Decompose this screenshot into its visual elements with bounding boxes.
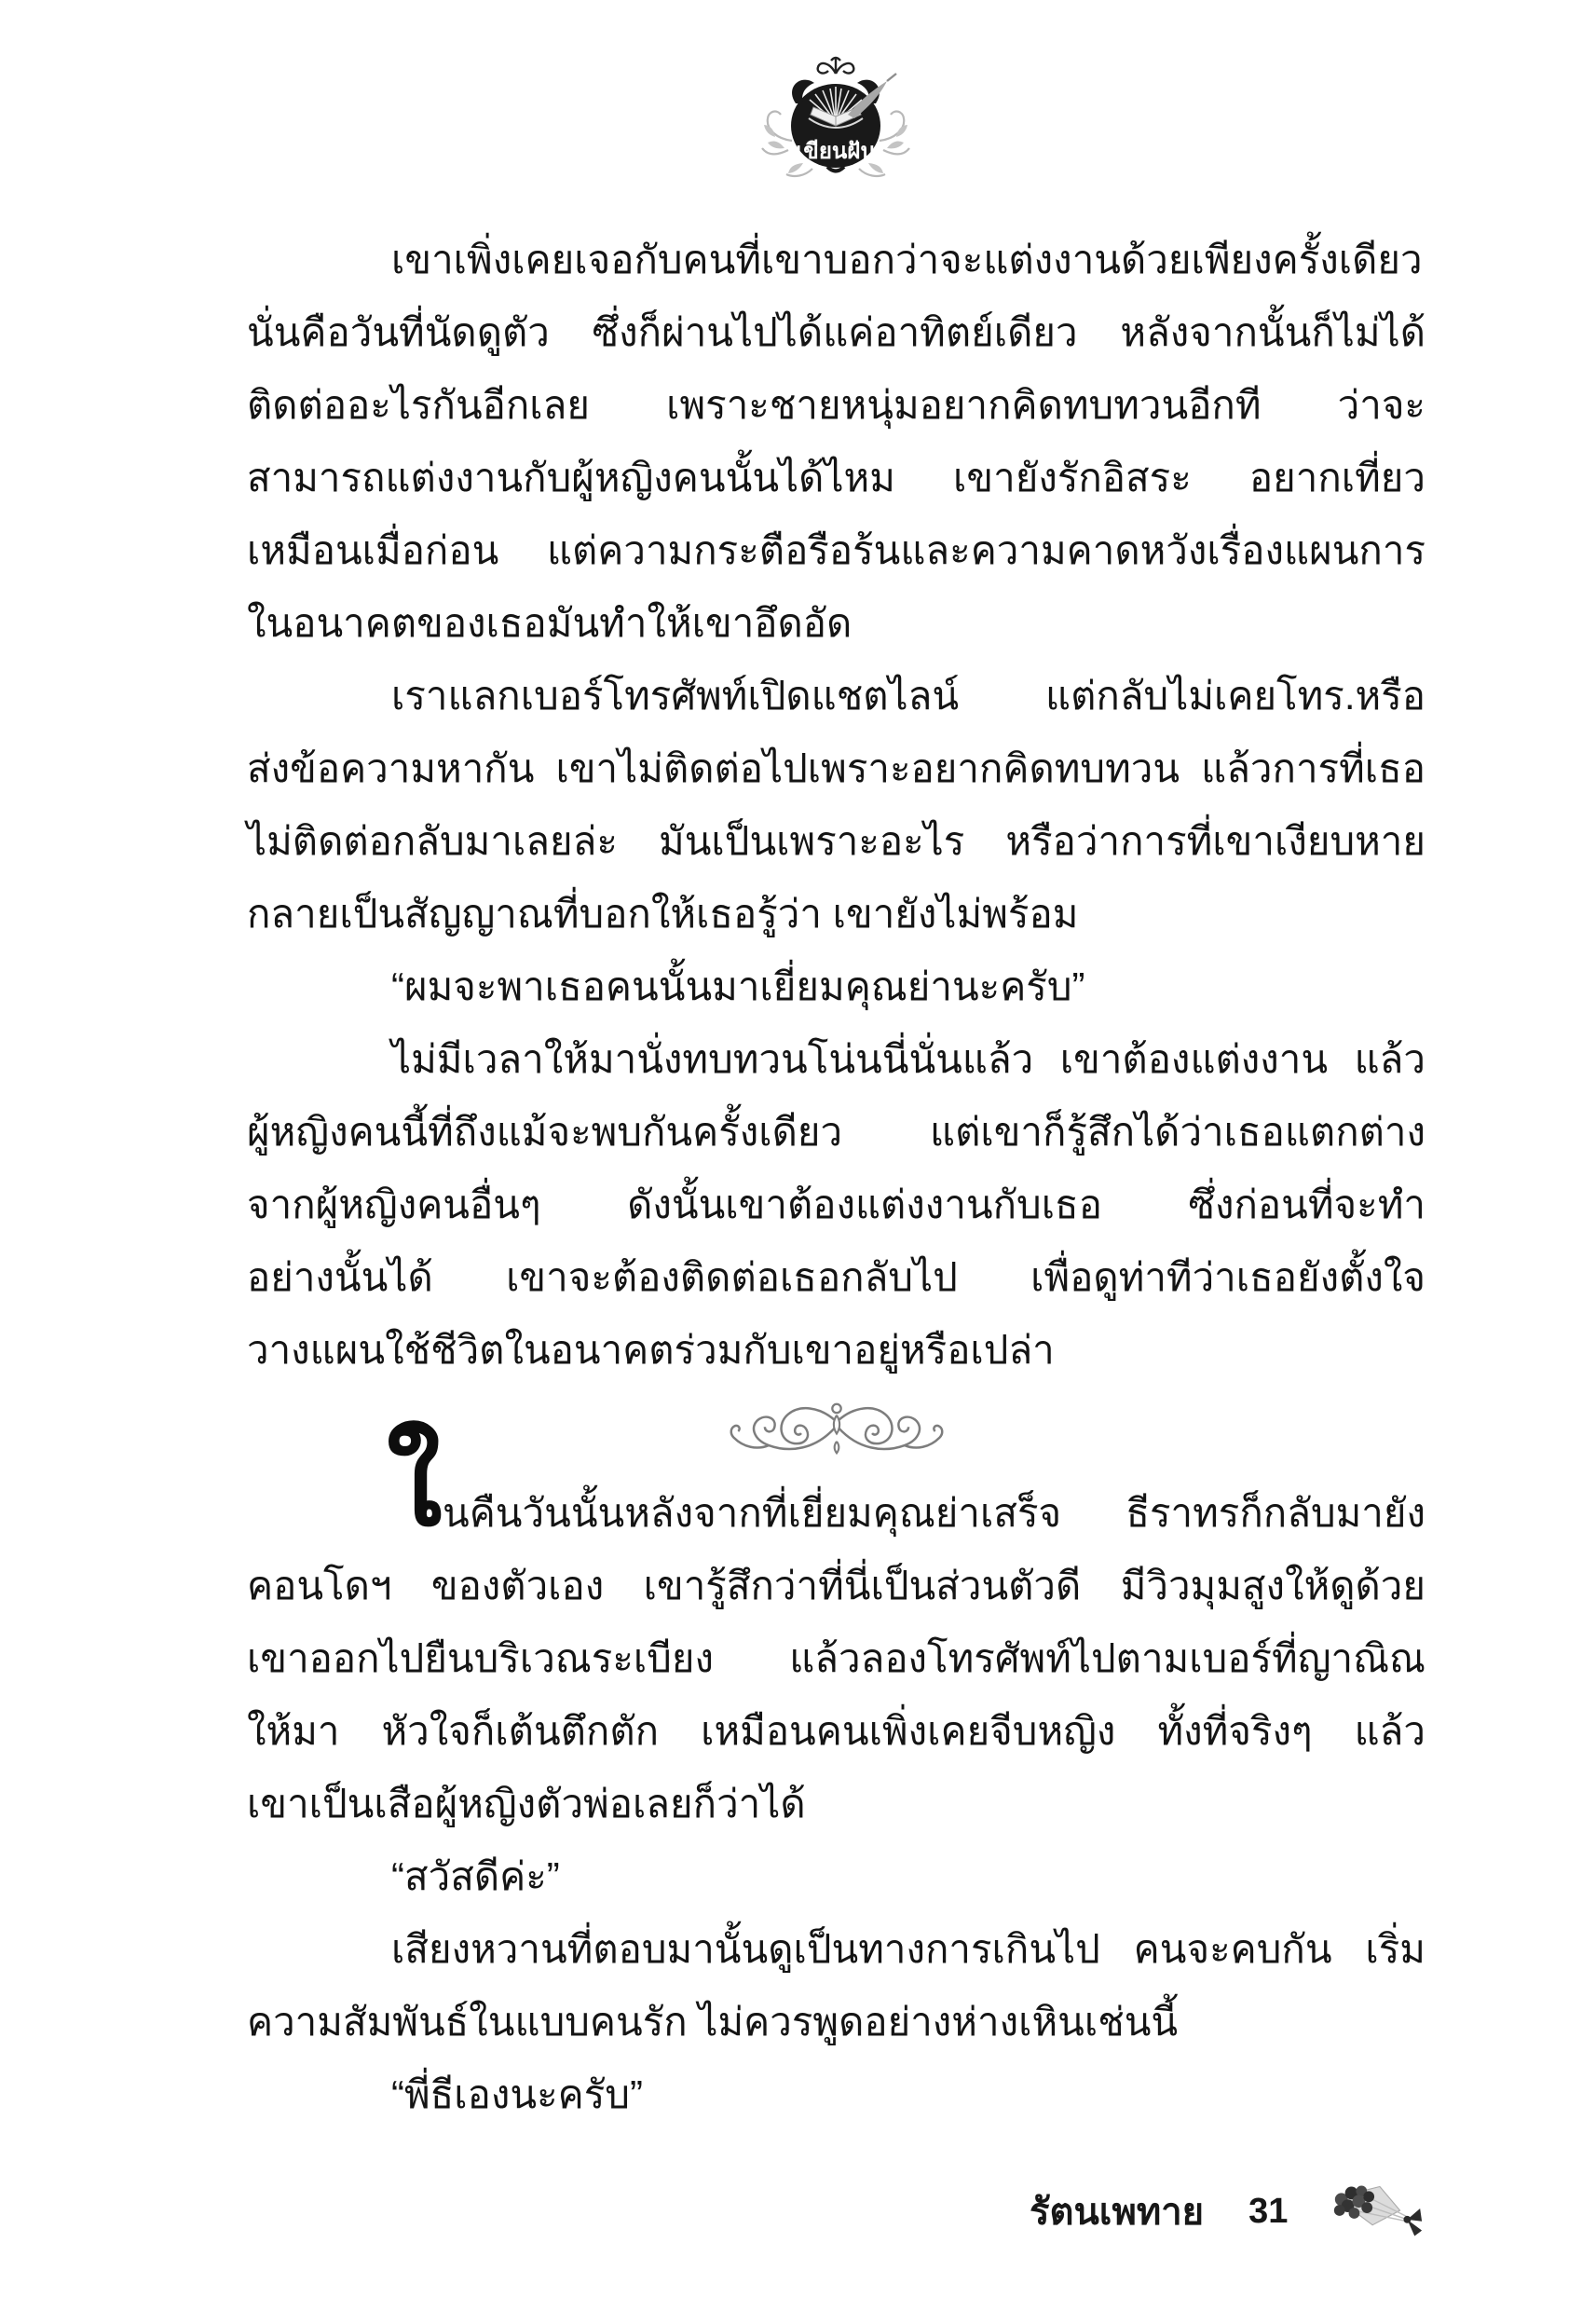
text-line: ให้มา หัวใจก็เต้นตึกตัก เหมือนคนเพิ่งเคย… xyxy=(247,1695,1425,1768)
text-line: ผู้หญิงคนนี้ที่ถึงแม้จะพบกันครั้งเดียว แ… xyxy=(247,1096,1425,1169)
text-line: คอนโดฯ ของตัวเอง เขารู้สึกว่าที่นี่เป็นส… xyxy=(247,1550,1425,1622)
text-line: สามารถแต่งงานกับผู้หญิงคนนั้นได้ไหม เขาย… xyxy=(247,442,1425,514)
text-line: ความสัมพันธ์ในแบบคนรัก ไม่ควรพูดอย่างห่า… xyxy=(247,1986,1425,2058)
dialogue-line: “ผมจะพาเธอคนนั้นมาเยี่ยมคุณย่านะครับ” xyxy=(247,950,1425,1023)
body-text-section-2: ใ นคืนวันนั้นหลังจากที่เยี่ยมคุณย่าเสร็จ… xyxy=(247,1477,1425,2131)
page-number: 31 xyxy=(1248,2192,1288,2232)
book-title: รัตนเพทาย xyxy=(1030,2181,1204,2241)
flourish-divider-icon xyxy=(720,1399,953,1467)
text-line: เขาออกไปยืนบริเวณระเบียง แล้วลองโทรศัพท์… xyxy=(247,1622,1425,1695)
text-line: อย่างนั้นได้ เขาจะต้องติดต่อเธอกลับไป เพ… xyxy=(247,1241,1425,1314)
publisher-emblem-icon: เขียนฝัน xyxy=(757,51,915,182)
text-line: เขาเป็นเสือผู้หญิงตัวพ่อเลยก็ว่าได้ xyxy=(247,1768,1425,1840)
publisher-logo: เขียนฝัน xyxy=(757,51,915,182)
text-line: เราแลกเบอร์โทรศัพท์เปิดแชตไลน์ แต่กลับไม… xyxy=(247,660,1425,732)
dialogue-line: “สวัสดีค่ะ” xyxy=(247,1840,1425,1913)
text-line: เหมือนเมื่อก่อน แต่ความกระตือรือร้นและคว… xyxy=(247,514,1425,587)
bouquet-icon xyxy=(1327,2182,1427,2240)
text-line: จากผู้หญิงคนอื่นๆ ดังนั้นเขาต้องแต่งงานก… xyxy=(247,1169,1425,1241)
text-line: ส่งข้อความหากัน เขาไม่ติดต่อไปเพราะอยากค… xyxy=(247,732,1425,805)
book-page: เขียนฝัน เขาเพิ่งเคยเจอกับคนที่เขาบอกว่า… xyxy=(0,0,1596,2311)
text-line: ในอนาคตของเธอมันทำให้เขาอึดอัด xyxy=(247,587,1425,660)
dialogue-line: “พี่ธีเองนะครับ” xyxy=(247,2058,1425,2131)
text-line: ไม่มีเวลาให้มานั่งทบทวนโน่นนี่นั่นแล้ว เ… xyxy=(247,1023,1425,1096)
page-footer: รัตนเพทาย 31 xyxy=(1030,2179,1427,2244)
text-line: ติดต่ออะไรกันอีกเลย เพราะชายหนุ่มอยากคิด… xyxy=(247,369,1425,442)
text-line: เขาเพิ่งเคยเจอกับคนที่เขาบอกว่าจะแต่งงาน… xyxy=(247,224,1425,296)
drop-cap: ใ xyxy=(387,1429,443,1542)
body-text-section-1: เขาเพิ่งเคยเจอกับคนที่เขาบอกว่าจะแต่งงาน… xyxy=(247,224,1425,1387)
text-line: วางแผนใช้ชีวิตในอนาคตร่วมกับเขาอยู่หรือเ… xyxy=(247,1314,1425,1387)
text-line: เสียงหวานที่ตอบมานั้นดูเป็นทางการเกินไป … xyxy=(247,1913,1425,1986)
text-line: นั่นคือวันที่นัดดูตัว ซึ่งก็ผ่านไปได้แค่… xyxy=(247,296,1425,369)
publisher-logo-text: เขียนฝัน xyxy=(796,139,876,164)
text-line: ไม่ติดต่อกลับมาเลยล่ะ มันเป็นเพราะอะไร ห… xyxy=(247,805,1425,878)
text-line: กลายเป็นสัญญาณที่บอกให้เธอรู้ว่า เขายังไ… xyxy=(247,878,1425,950)
